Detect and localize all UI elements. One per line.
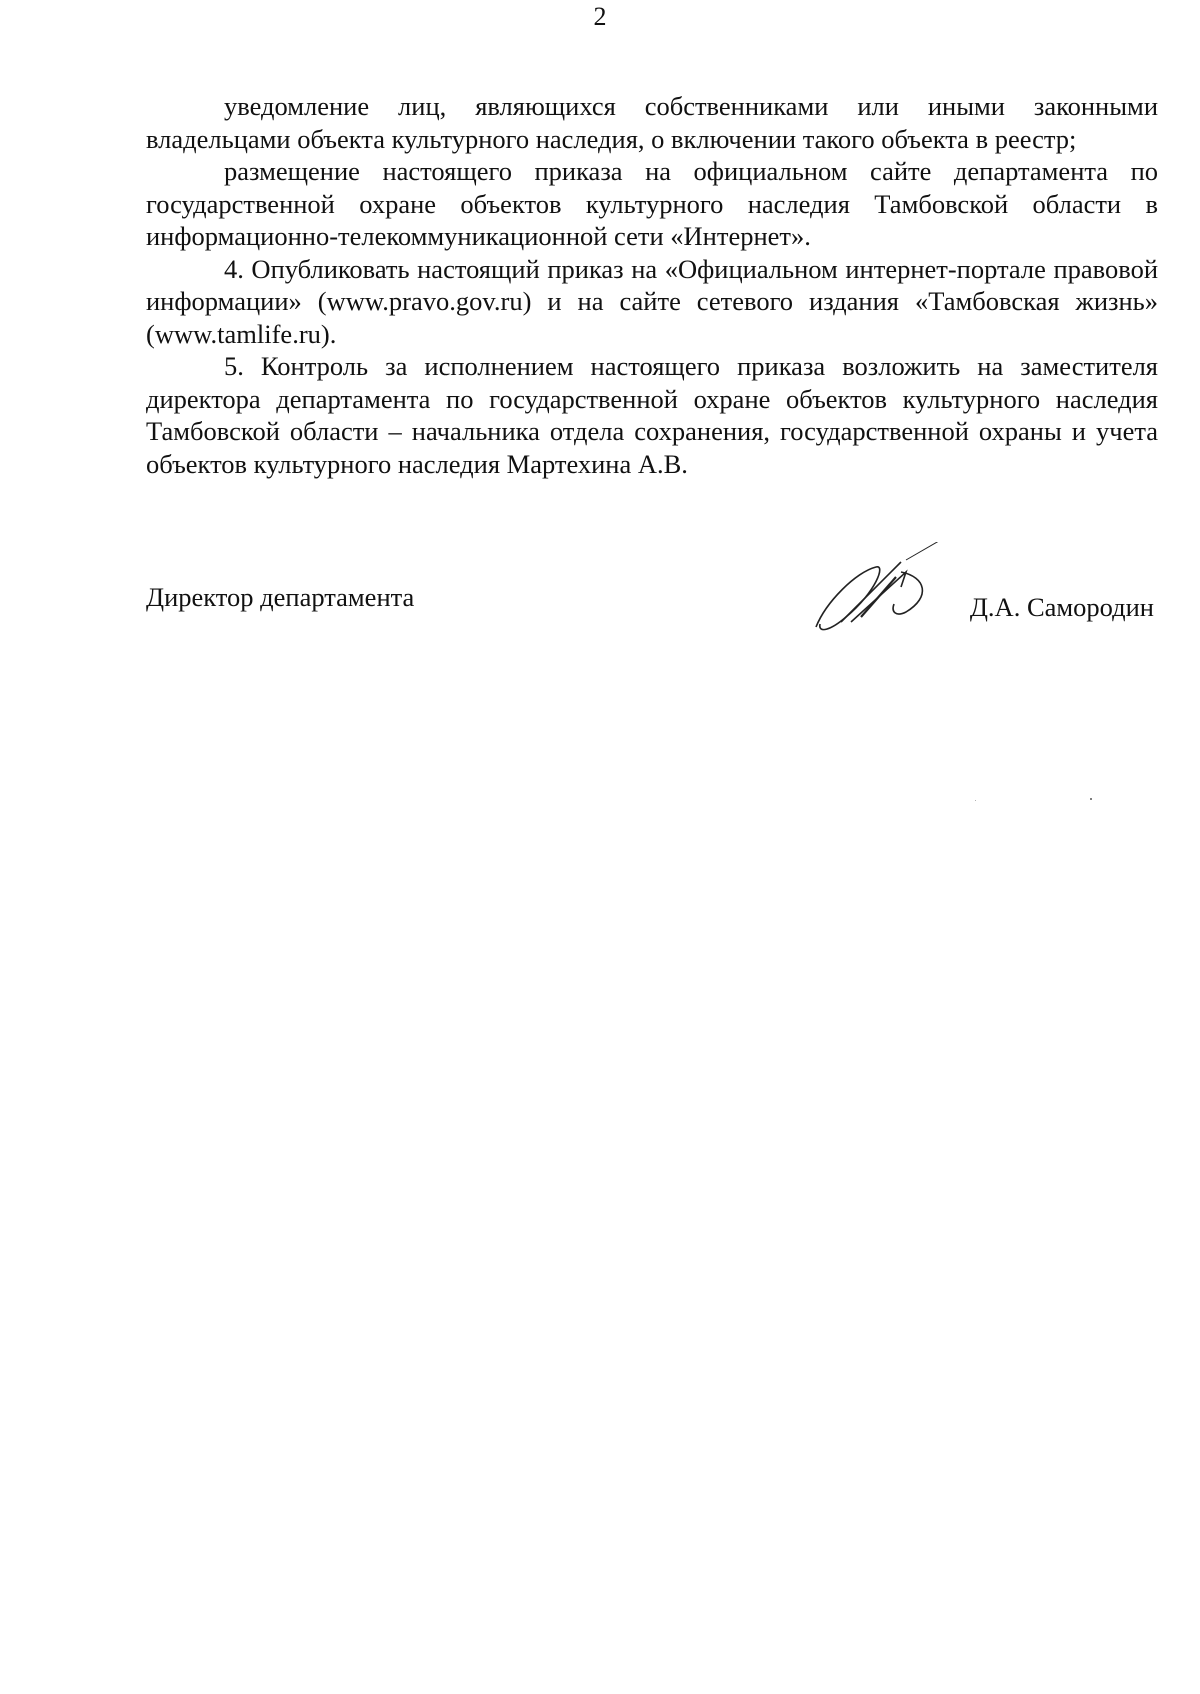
paragraph-item-5-control: 5. Контроль за исполнением настоящего пр… xyxy=(146,350,1158,480)
document-body: уведомление лиц, являющихся собственника… xyxy=(146,90,1158,480)
signer-name: Д.А. Самородин xyxy=(970,592,1154,623)
signer-title: Директор департамента xyxy=(146,582,414,613)
signature-block: Директор департамента Д.А. Самородин xyxy=(146,552,1158,642)
paragraph-notification: уведомление лиц, являющихся собственника… xyxy=(146,90,1158,155)
paragraph-website-publication: размещение настоящего приказа на официал… xyxy=(146,155,1158,253)
scan-artifact xyxy=(1090,798,1092,800)
handwritten-signature-icon xyxy=(806,542,956,642)
paragraph-item-4-publish: 4. Опубликовать настоящий приказ на «Офи… xyxy=(146,253,1158,351)
page-number: 2 xyxy=(0,2,1200,32)
scan-artifact xyxy=(975,800,976,801)
